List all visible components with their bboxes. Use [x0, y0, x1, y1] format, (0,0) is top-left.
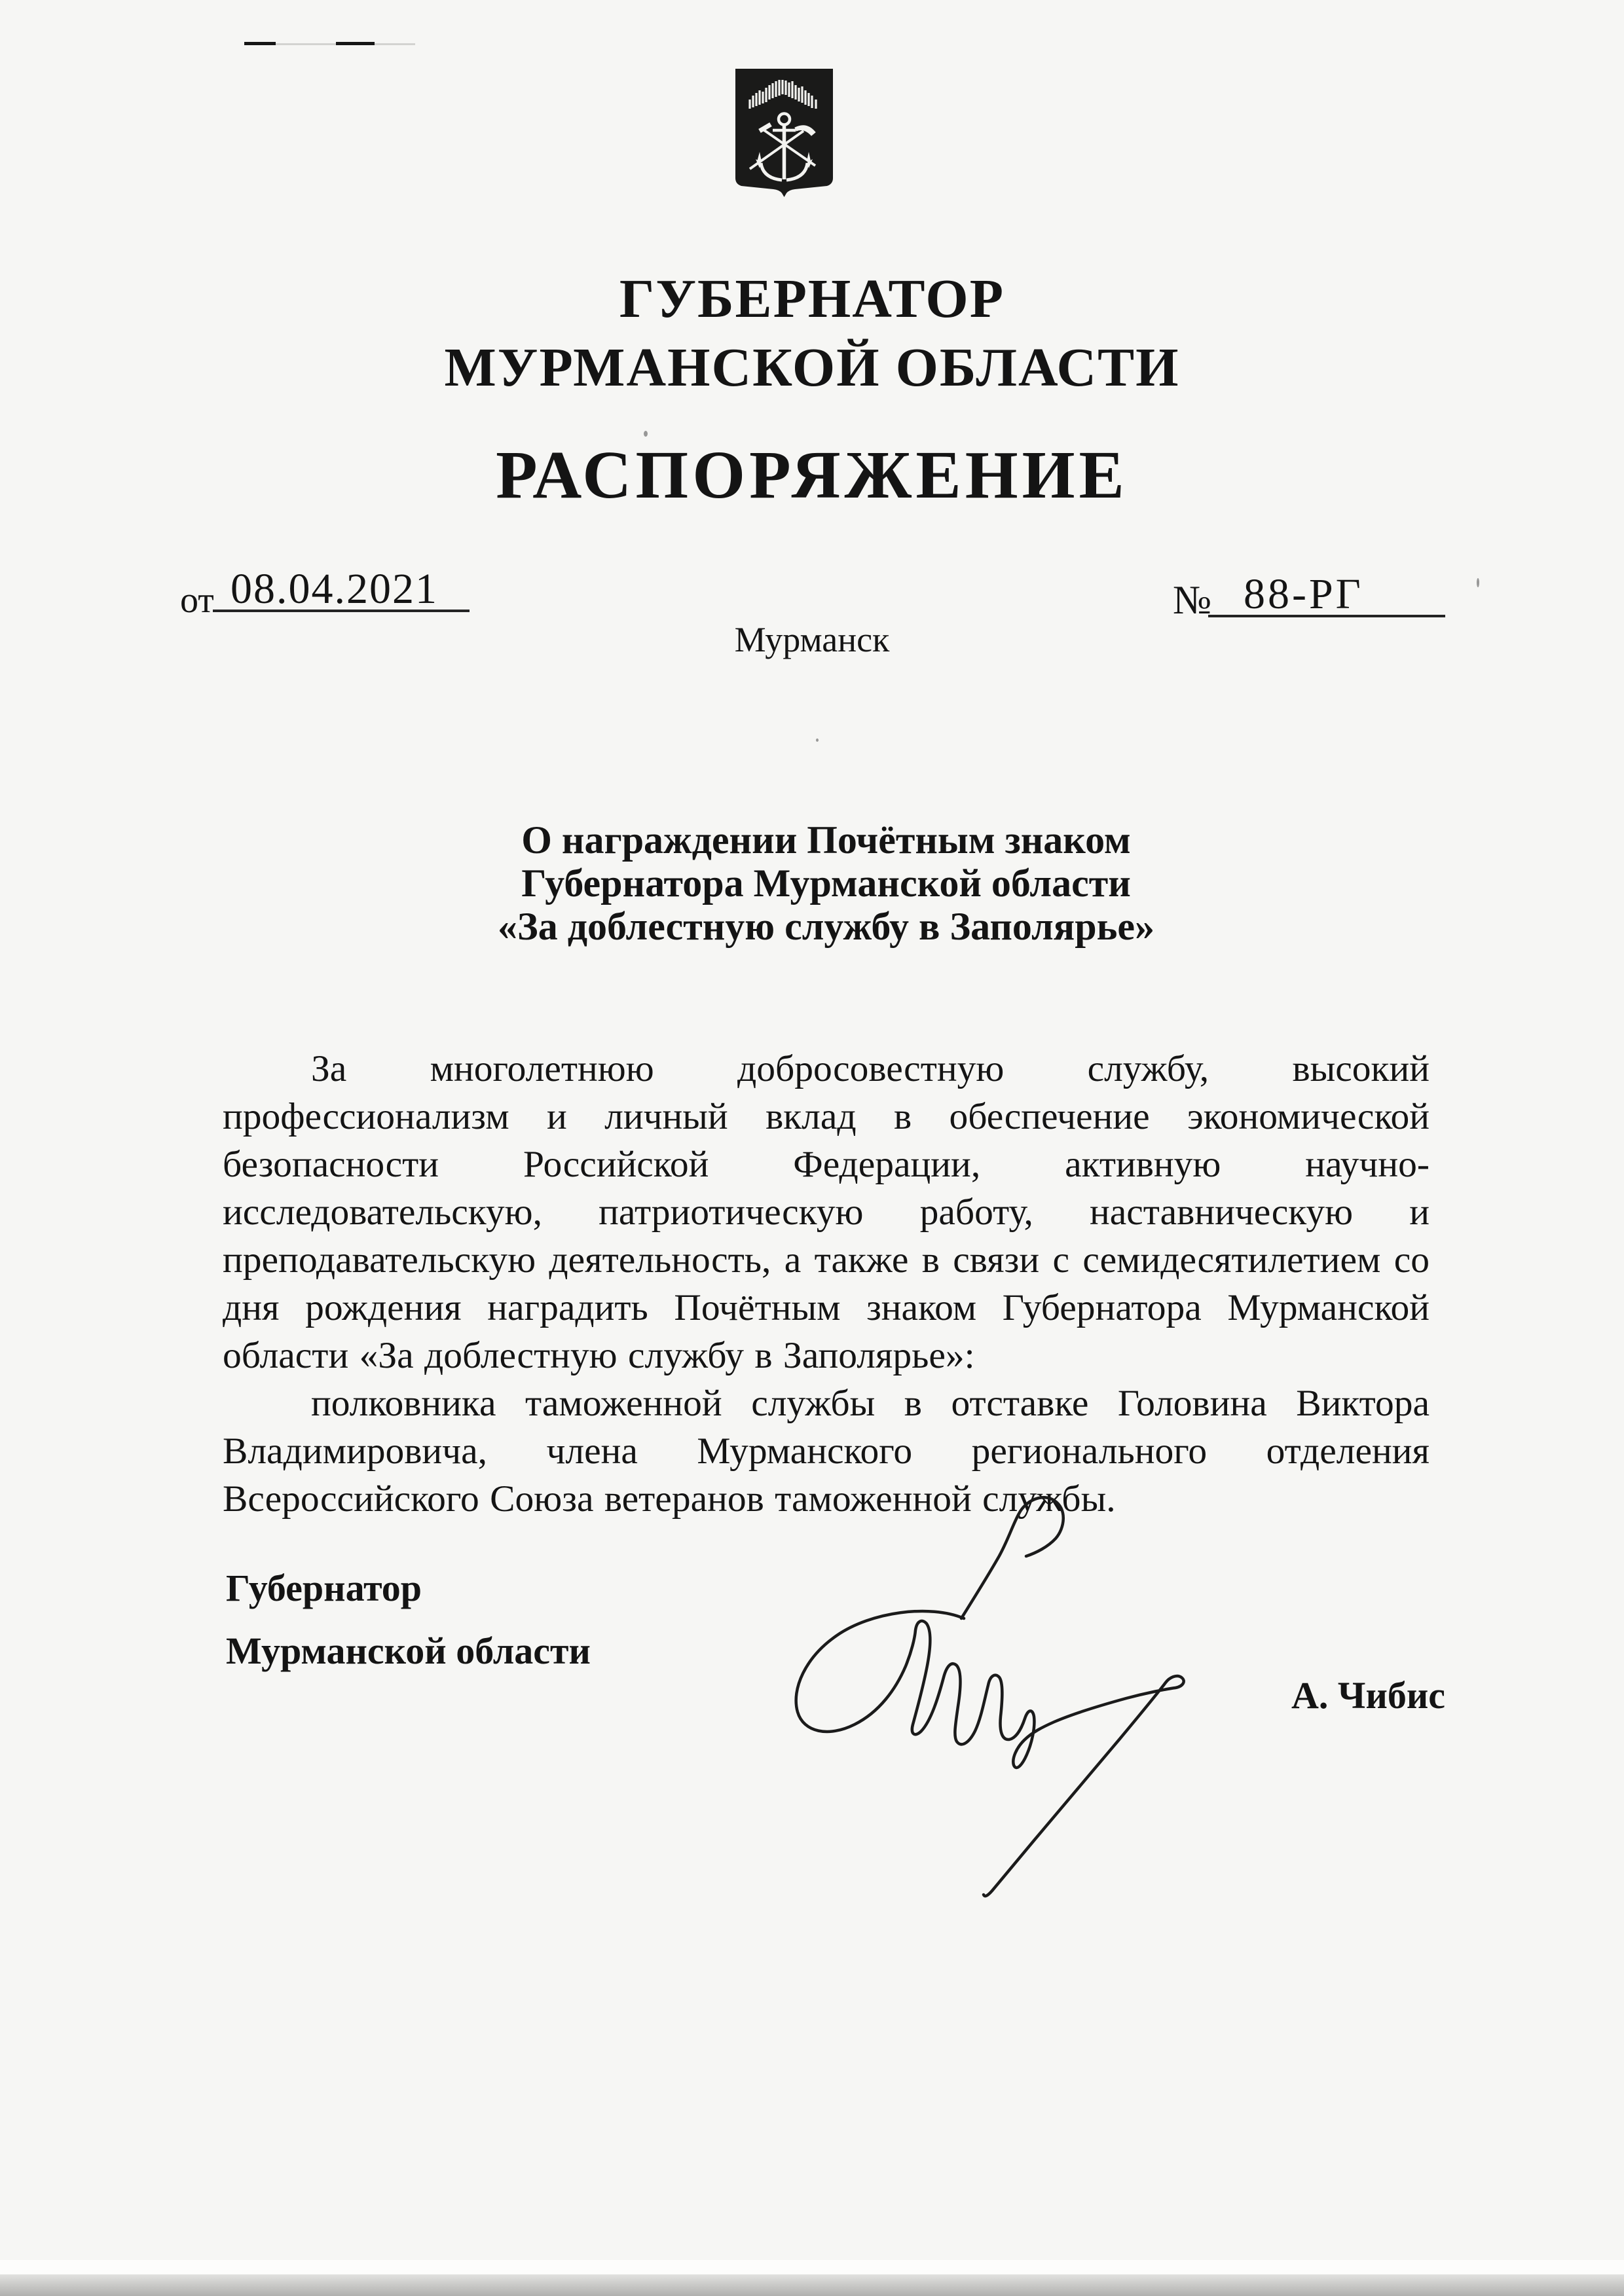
scan-bottom-edge-band — [0, 2274, 1624, 2296]
body-paragraph: За многолетнюю добросовестную службу, вы… — [223, 1045, 1430, 1379]
date-prefix-label: от — [180, 579, 214, 621]
document-type-heading: РАСПОРЯЖЕНИЕ — [0, 441, 1624, 509]
date-underline — [213, 610, 470, 612]
handwritten-signature — [720, 1473, 1211, 1931]
number-value: 88-РГ — [1244, 570, 1363, 619]
document-body: За многолетнюю добросовестную службу, вы… — [223, 1045, 1430, 1523]
scanned-document-page: ГУБЕРНАТОР МУРМАНСКОЙ ОБЛАСТИ РАСПОРЯЖЕН… — [0, 0, 1624, 2296]
signature-ascender-stroke — [961, 1497, 1063, 1618]
scan-artifact-dash — [244, 42, 276, 45]
date-value: 08.04.2021 — [231, 564, 438, 614]
city-label: Мурманск — [0, 619, 1624, 660]
scan-artifact-faint-line — [276, 43, 336, 45]
signer-position: Губернатор Мурманской области — [226, 1557, 591, 1683]
signature-main-stroke — [796, 1611, 1184, 1896]
title-line: «За доблестную службу в Заполярье» — [223, 905, 1430, 948]
signer-name: А. Чибис — [1291, 1673, 1445, 1717]
number-prefix-label: № — [1173, 577, 1211, 624]
title-line: Губернатора Мурманской области — [223, 862, 1430, 905]
scan-speck — [1477, 578, 1479, 587]
scan-speck — [644, 431, 648, 437]
scan-artifact-faint-line — [375, 43, 415, 45]
letterhead-line2: МУРМАНСКОЙ ОБЛАСТИ — [0, 340, 1624, 395]
number-underline — [1208, 615, 1445, 617]
letterhead-line1: ГУБЕРНАТОР — [0, 272, 1624, 327]
signer-position-line: Губернатор — [226, 1557, 591, 1620]
scan-speck — [816, 738, 819, 742]
title-line: О награждении Почётным знаком — [223, 818, 1430, 862]
document-title: О награждении Почётным знаком Губернатор… — [223, 818, 1430, 948]
signer-position-line: Мурманской области — [226, 1620, 591, 1683]
scan-bottom-white-strip — [0, 2260, 1624, 2274]
scan-artifact-dash — [336, 42, 375, 45]
murmansk-oblast-coat-of-arms-icon — [731, 65, 837, 198]
